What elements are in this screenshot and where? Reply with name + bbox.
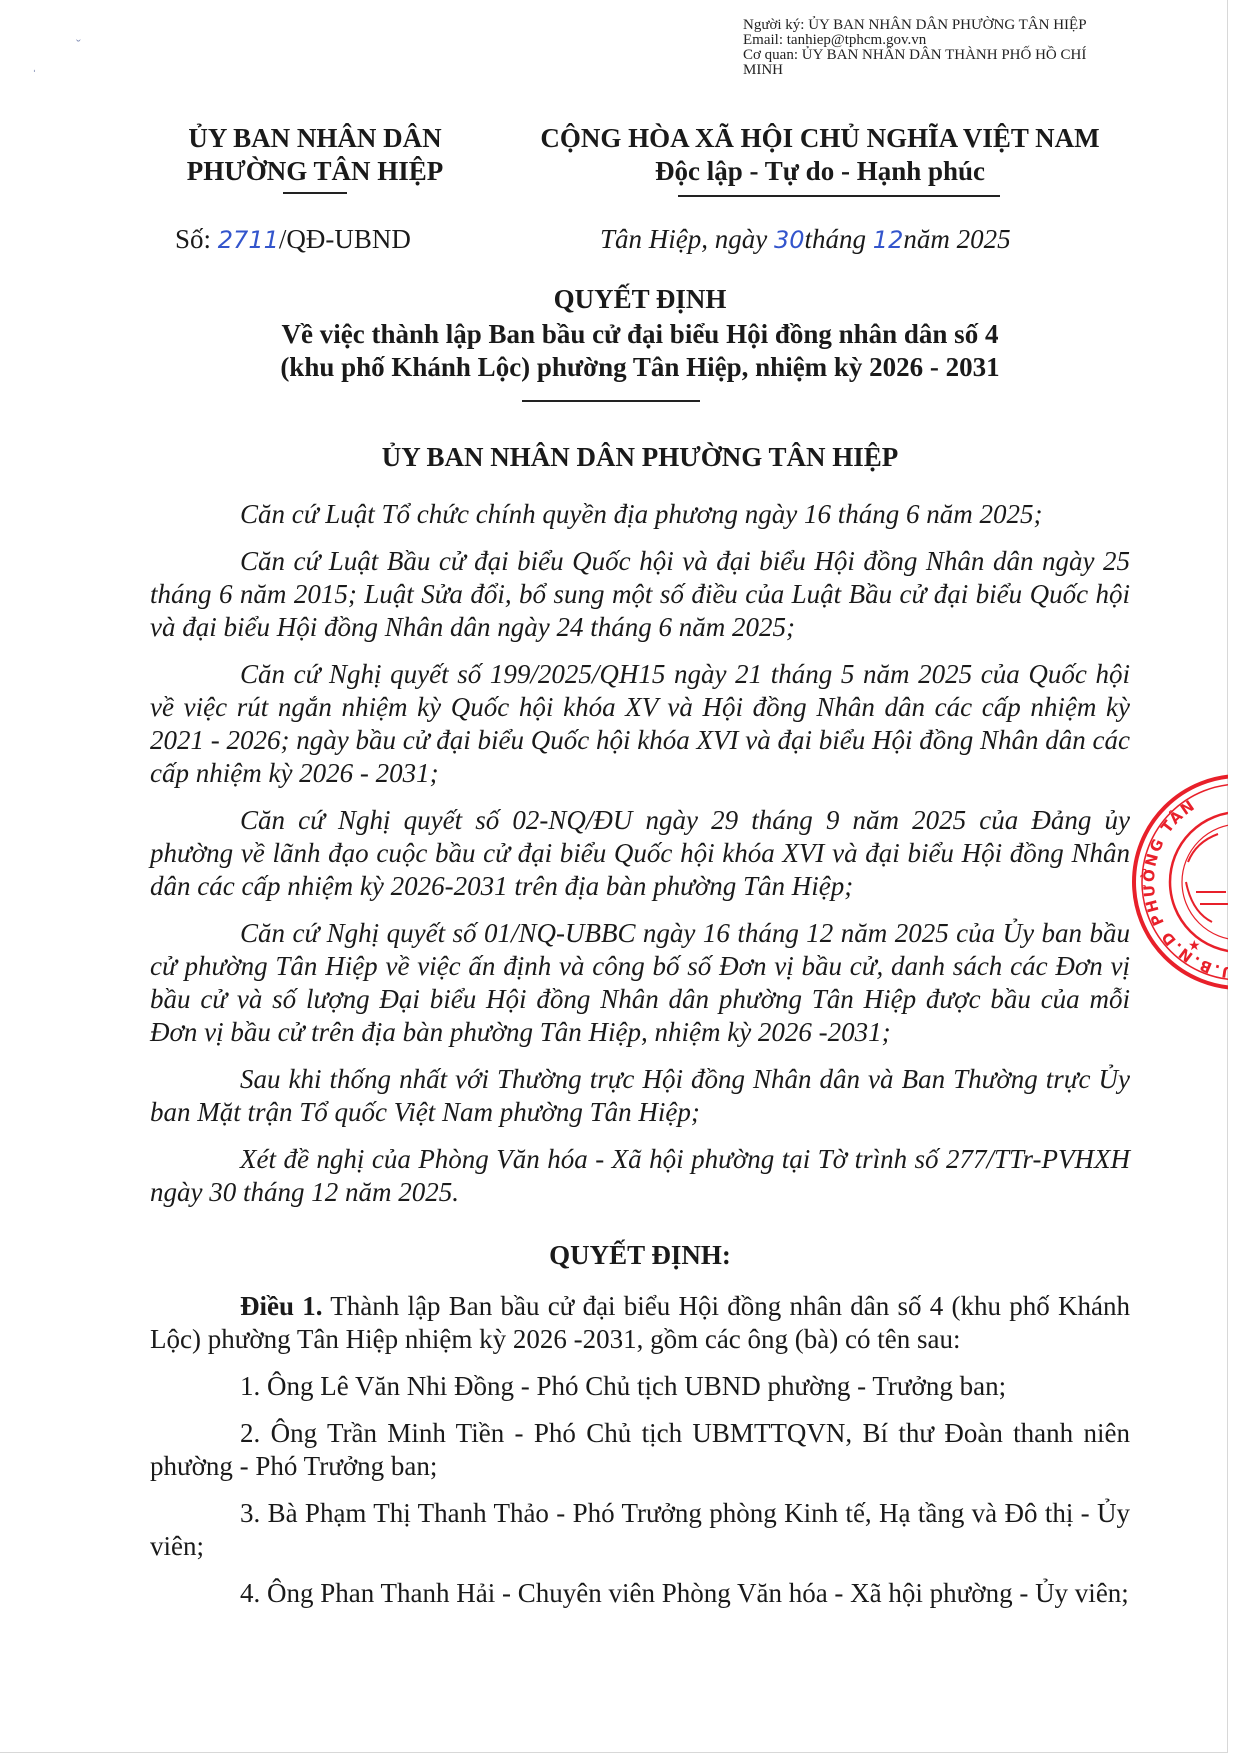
handwritten-month: 12 bbox=[873, 226, 904, 254]
member-item: 4. Ông Phan Thanh Hải - Chuyên viên Phòn… bbox=[150, 1577, 1130, 1610]
preamble-clause: Căn cứ Nghị quyết số 01/NQ-UBBC ngày 16 … bbox=[150, 917, 1130, 1049]
nation-line2: Độc lập - Tự do - Hạnh phúc bbox=[520, 155, 1120, 188]
member-item: 3. Bà Phạm Thị Thanh Thảo - Phó Trưởng p… bbox=[150, 1497, 1130, 1563]
member-item: 2. Ông Trần Minh Tiền - Phó Chủ tịch UBM… bbox=[150, 1417, 1130, 1483]
issuer-line2: PHƯỜNG TÂN HIỆP bbox=[150, 155, 480, 188]
preamble-clause: Căn cứ Luật Tổ chức chính quyền địa phươ… bbox=[150, 498, 1130, 531]
document-number: Số: 2711/QĐ-UBND bbox=[175, 224, 411, 255]
agency-line-cont: MINH bbox=[743, 63, 1087, 78]
member-item: 1. Ông Lê Văn Nhi Đồng - Phó Chủ tịch UB… bbox=[150, 1370, 1130, 1403]
document-subject: Về việc thành lập Ban bầu cử đại biểu Hộ… bbox=[150, 318, 1130, 384]
preamble-clause: Xét đề nghị của Phòng Văn hóa - Xã hội p… bbox=[150, 1143, 1130, 1209]
handwritten-day: 30 bbox=[774, 226, 805, 254]
preamble-clause: Căn cứ Nghị quyết số 02-NQ/ĐU ngày 29 th… bbox=[150, 804, 1130, 903]
issuer-underline bbox=[283, 192, 347, 194]
title-underline bbox=[522, 400, 700, 402]
document-date: Tân Hiệp, ngày 30tháng 12năm 2025 bbox=[600, 224, 1011, 255]
svg-text:★: ★ bbox=[1188, 938, 1201, 954]
agency-line: Cơ quan: ỦY BAN NHÂN DÂN THÀNH PHỐ HỒ CH… bbox=[743, 48, 1087, 63]
document-title: QUYẾT ĐỊNH bbox=[150, 284, 1130, 315]
digital-signature-info: Người ký: ỦY BAN NHÂN DÂN PHƯỜNG TÂN HIỆ… bbox=[743, 18, 1087, 78]
seal-icon: U.B.N.D PHƯỜNG TÂN ★ bbox=[1130, 772, 1228, 990]
nation-line1: CỘNG HÒA XÃ HỘI CHỦ NGHĨA VIỆT NAM bbox=[520, 122, 1120, 155]
authority-heading: ỦY BAN NHÂN DÂN PHƯỜNG TÂN HIỆP bbox=[150, 442, 1130, 473]
preamble-clause: Căn cứ Nghị quyết số 199/2025/QH15 ngày … bbox=[150, 658, 1130, 790]
preamble-clause: Căn cứ Luật Bầu cử đại biểu Quốc hội và … bbox=[150, 545, 1130, 644]
email-line: Email: tanhiep@tphcm.gov.vn bbox=[743, 33, 1087, 48]
handwritten-number: 2711 bbox=[218, 226, 279, 254]
article-label: Điều 1. bbox=[240, 1291, 323, 1321]
scan-mark: ˌ bbox=[32, 58, 37, 74]
issuer-line1: ỦY BAN NHÂN DÂN bbox=[150, 122, 480, 155]
preamble: Căn cứ Luật Tổ chức chính quyền địa phươ… bbox=[150, 498, 1130, 1223]
decision-heading: QUYẾT ĐỊNH: bbox=[150, 1240, 1130, 1271]
signer-line: Người ký: ỦY BAN NHÂN DÂN PHƯỜNG TÂN HIỆ… bbox=[743, 18, 1087, 33]
article-1-intro: Điều 1. Thành lập Ban bầu cử đại biểu Hộ… bbox=[150, 1290, 1130, 1356]
article-1: Điều 1. Thành lập Ban bầu cử đại biểu Hộ… bbox=[150, 1290, 1130, 1624]
official-seal-stamp: U.B.N.D PHƯỜNG TÂN ★ bbox=[1130, 772, 1228, 990]
preamble-clause: Sau khi thống nhất với Thường trực Hội đ… bbox=[150, 1063, 1130, 1129]
national-motto-header: CỘNG HÒA XÃ HỘI CHỦ NGHĨA VIỆT NAM Độc l… bbox=[520, 122, 1120, 188]
scan-mark: ˇ bbox=[76, 38, 81, 54]
member-list: 1. Ông Lê Văn Nhi Đồng - Phó Chủ tịch UB… bbox=[150, 1370, 1130, 1610]
motto-underline bbox=[678, 195, 1000, 197]
issuer-header: ỦY BAN NHÂN DÂN PHƯỜNG TÂN HIỆP bbox=[150, 122, 480, 188]
document-page: ˌ ˇ Người ký: ỦY BAN NHÂN DÂN PHƯỜNG TÂN… bbox=[0, 0, 1228, 1753]
